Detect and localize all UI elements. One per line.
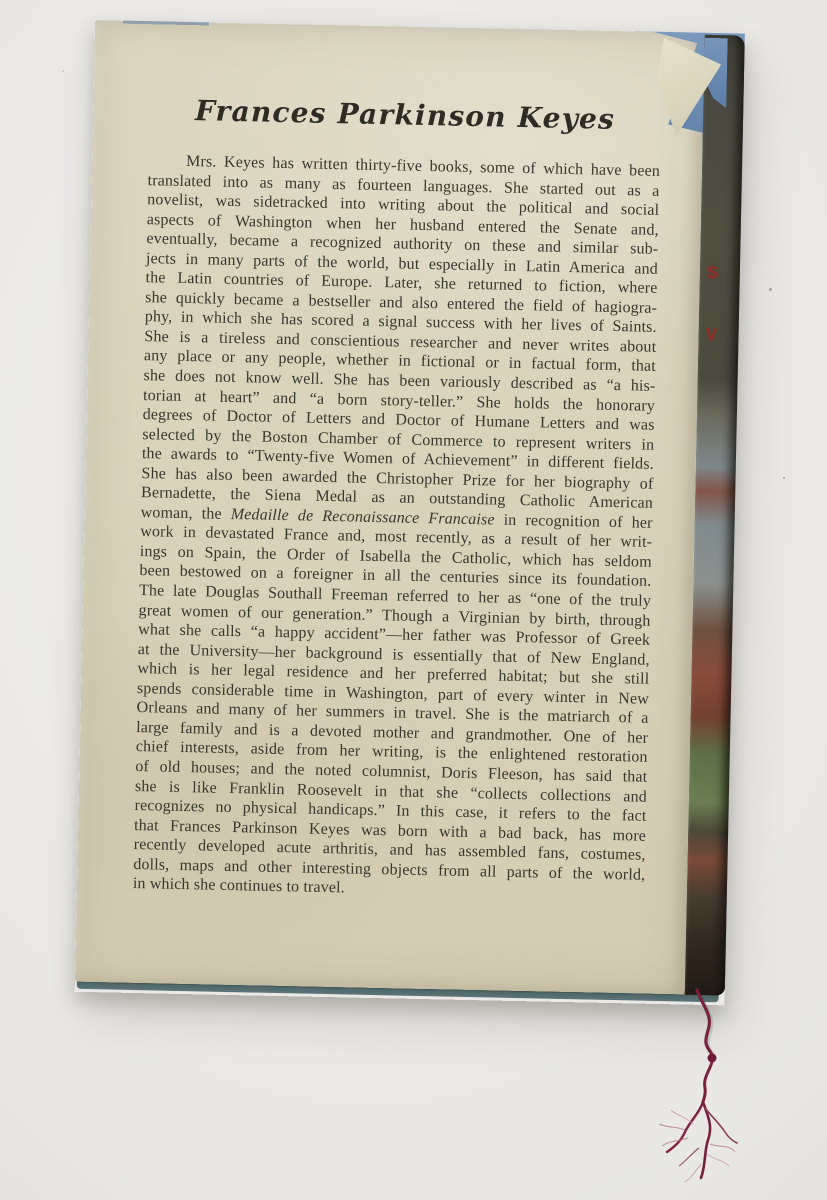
- book: S V Frances Parkinson Keyes Mrs. Keyes h…: [75, 20, 745, 1005]
- spine-letter-v: V: [705, 325, 718, 346]
- dust-speck: [769, 288, 772, 291]
- text-segment: in recognition of her: [494, 511, 652, 531]
- text-segment: woman, the: [141, 504, 231, 523]
- dust-speck: [62, 70, 64, 72]
- bookmark-thread: [655, 988, 795, 1193]
- book-photo: S V Frances Parkinson Keyes Mrs. Keyes h…: [0, 0, 827, 1200]
- jacket-biography-text: Mrs. Keyes has written thirty-five books…: [133, 151, 660, 904]
- spine-letter-s: S: [706, 263, 719, 284]
- dust-speck: [783, 477, 785, 479]
